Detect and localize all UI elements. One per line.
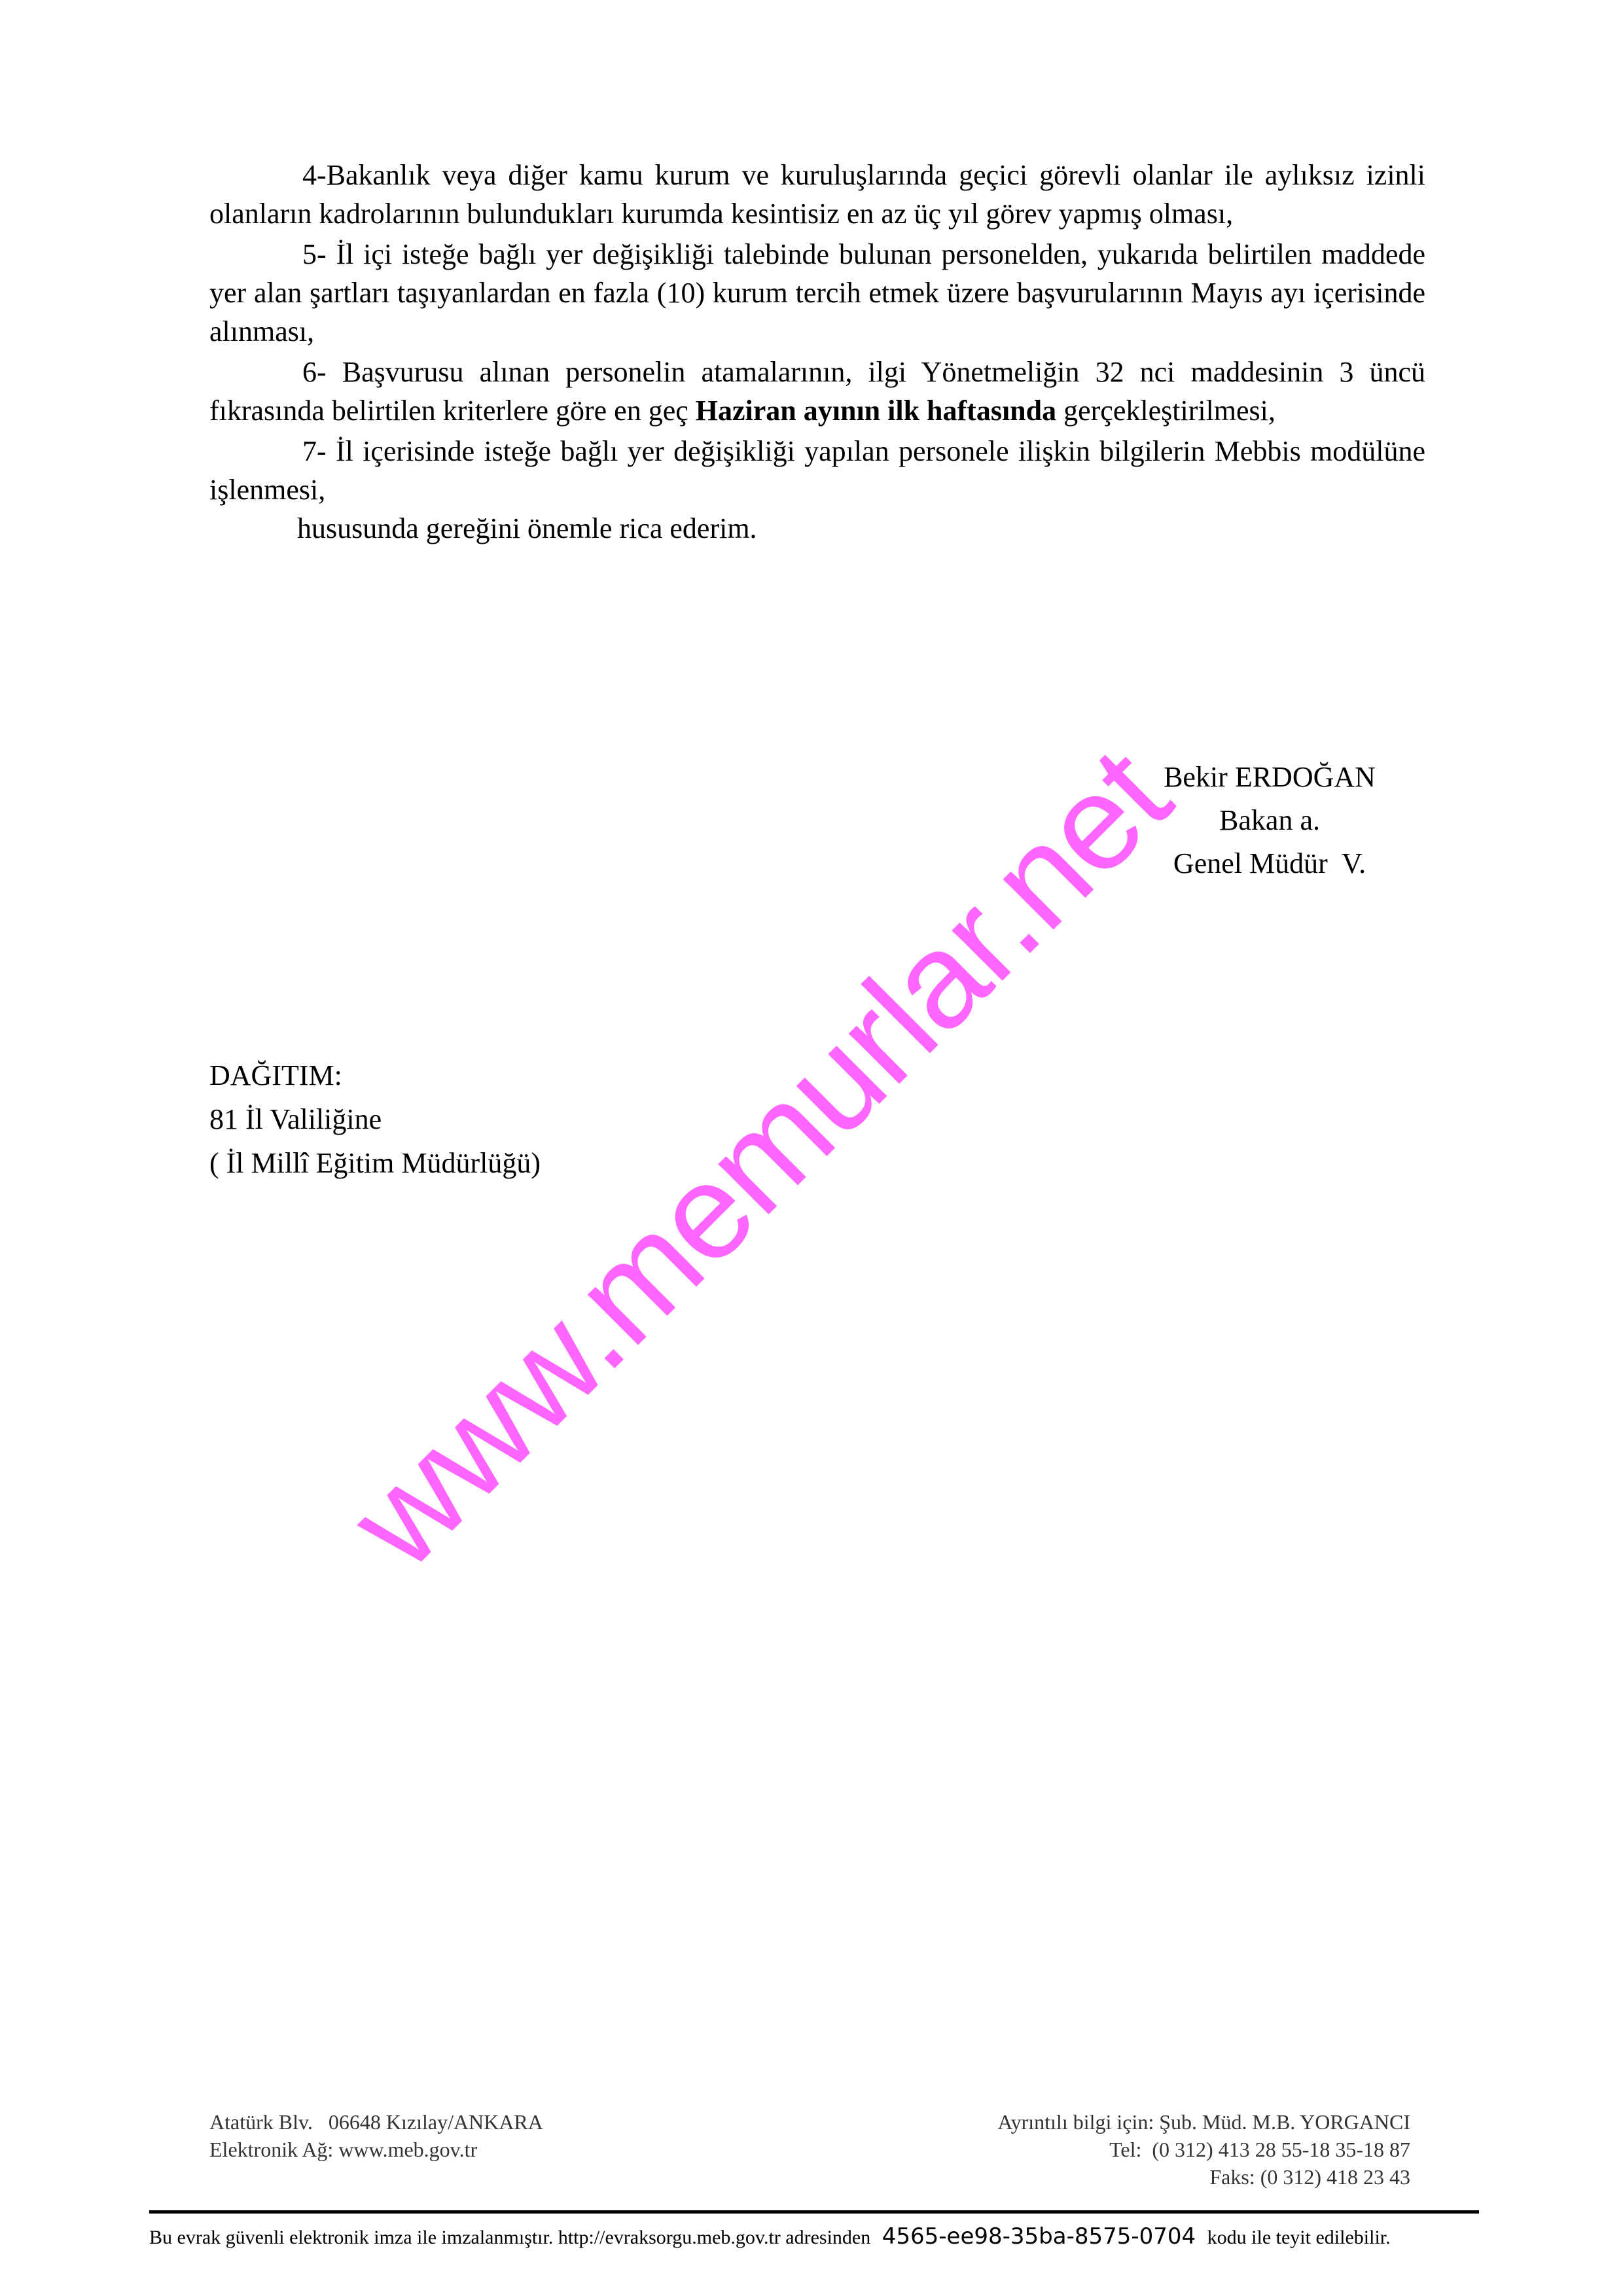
paragraph-item-6: 6- Başvurusu alınan personelin atamaları… xyxy=(209,353,1425,430)
footer-tel: Tel: (0 312) 413 28 55-18 35-18 87 xyxy=(997,2136,1410,2163)
footer-fax: Faks: (0 312) 418 23 43 xyxy=(997,2163,1410,2191)
letter-body: 4-Bakanlık veya diğer kamu kurum ve kuru… xyxy=(209,156,1425,548)
paragraph-item-7: 7- İl içerisinde isteğe bağlı yer değişi… xyxy=(209,432,1425,509)
distribution-heading: DAĞITIM: xyxy=(209,1053,541,1097)
signatory-title-2: Genel Müdür V. xyxy=(1113,842,1427,885)
footer-contact-person: Ayrıntılı bilgi için: Şub. Müd. M.B. YOR… xyxy=(997,2108,1410,2136)
deadline-emphasis: Haziran ayının ilk haftasında xyxy=(696,395,1056,427)
paragraph-item-4: 4-Bakanlık veya diğer kamu kurum ve kuru… xyxy=(209,156,1425,233)
distribution-recipient-detail: ( İl Millî Eğitim Müdürlüğü) xyxy=(209,1141,541,1185)
verification-code: 4565-ee98-35ba-8575-0704 xyxy=(882,2223,1196,2250)
signatory-title-1: Bakan a. xyxy=(1113,799,1427,842)
signatory-name: Bekir ERDOĞAN xyxy=(1113,756,1427,799)
footer-address-block: Atatürk Blv. 06648 Kızılay/ANKARA Elektr… xyxy=(209,2108,543,2163)
distribution-block: DAĞITIM: 81 İl Valiliğine ( İl Millî Eği… xyxy=(209,1053,541,1185)
signature-block: Bekir ERDOĞAN Bakan a. Genel Müdür V. xyxy=(1113,756,1427,885)
footer-divider xyxy=(149,2210,1479,2214)
footer-contact-block: Ayrıntılı bilgi için: Şub. Müd. M.B. YOR… xyxy=(997,2108,1410,2191)
verification-suffix: kodu ile teyit edilebilir. xyxy=(1207,2227,1391,2248)
e-signature-verification: Bu evrak güvenli elektronik imza ile imz… xyxy=(149,2223,1479,2251)
verification-prefix: Bu evrak güvenli elektronik imza ile imz… xyxy=(149,2227,870,2248)
distribution-recipient: 81 İl Valiliğine xyxy=(209,1097,541,1141)
footer-address: Atatürk Blv. 06648 Kızılay/ANKARA xyxy=(209,2108,543,2136)
paragraph-item-6-tail: gerçekleştirilmesi, xyxy=(1056,395,1275,427)
footer-website: Elektronik Ağ: www.meb.gov.tr xyxy=(209,2136,543,2163)
document-page: 4-Bakanlık veya diğer kamu kurum ve kuru… xyxy=(0,0,1623,2296)
paragraph-item-5: 5- İl içi isteğe bağlı yer değişikliği t… xyxy=(209,235,1425,351)
closing-sentence: hususunda gereğini önemle rica ederim. xyxy=(209,509,1425,548)
